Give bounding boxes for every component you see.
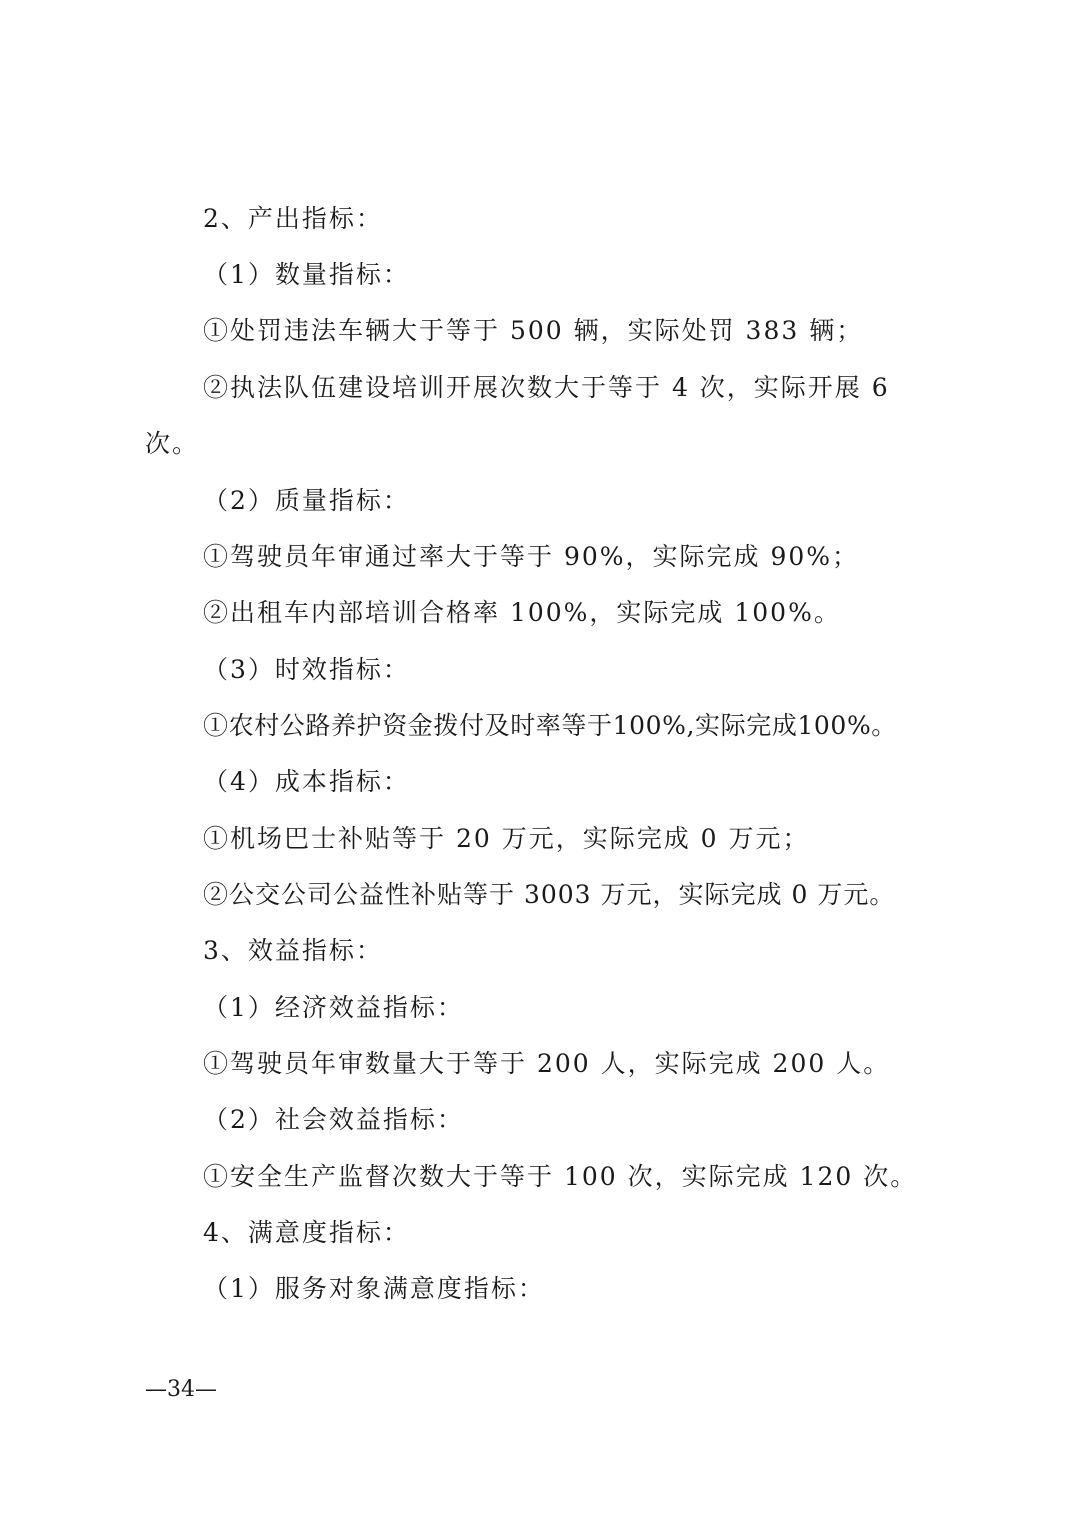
list-item: ②公交公司公益性补贴等于 3003 万元，实际完成 0 万元。 — [203, 879, 895, 911]
list-item: ①农村公路养护资金拨付及时率等于100%,实际完成100%。 — [203, 710, 897, 742]
subsection-service-satisfaction: （1）服务对象满意度指标： — [203, 1273, 545, 1305]
list-item: ①驾驶员年审通过率大于等于 90%，实际完成 90%； — [203, 541, 859, 573]
section-heading-benefit: 3、效益指标： — [203, 935, 383, 967]
list-item: ①安全生产监督次数大于等于 100 次，实际完成 120 次。 — [203, 1161, 917, 1193]
list-item: ①驾驶员年审数量大于等于 200 人，实际完成 200 人。 — [203, 1048, 890, 1080]
document-page: 2、产出指标： （1）数量指标： ①处罚违法车辆大于等于 500 辆，实际处罚 … — [0, 0, 1074, 1520]
list-item: ②执法队伍建设培训开展次数大于等于 4 次，实际开展 6 — [203, 372, 890, 404]
subsection-social: （2）社会效益指标： — [203, 1104, 464, 1136]
section-heading-satisfaction: 4、满意度指标： — [203, 1217, 410, 1249]
subsection-timeliness: （3）时效指标： — [203, 654, 410, 686]
page-number: —34— — [145, 1376, 217, 1404]
subsection-quantity: （1）数量指标： — [203, 259, 410, 291]
list-item-continuation: 次。 — [145, 428, 199, 460]
list-item: ①机场巴士补贴等于 20 万元，实际完成 0 万元； — [203, 823, 810, 855]
subsection-economic: （1）经济效益指标： — [203, 992, 464, 1024]
list-item: ②出租车内部培训合格率 100%，实际完成 100%。 — [203, 597, 841, 629]
subsection-quality: （2）质量指标： — [203, 485, 410, 517]
subsection-cost: （4）成本指标： — [203, 766, 410, 798]
section-heading-output: 2、产出指标： — [203, 203, 383, 235]
list-item: ①处罚违法车辆大于等于 500 辆，实际处罚 383 辆； — [203, 315, 863, 347]
